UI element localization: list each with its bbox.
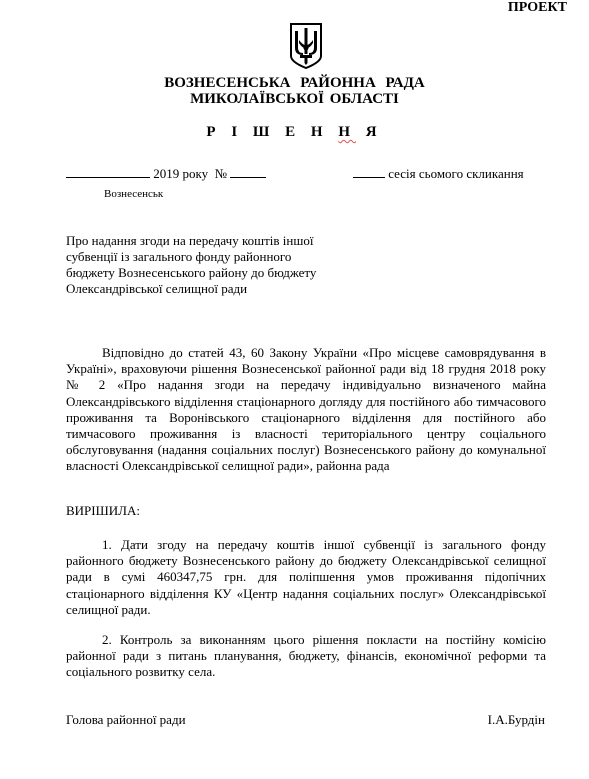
date-blank-field [66,165,150,178]
number-blank-field [230,165,266,178]
signatory-name: І.А.Бурдін [488,712,545,728]
decision-item-1: 1. Дати згоду на передачу коштів іншої с… [66,537,546,618]
signatory-position: Голова районної ради [66,712,186,728]
session-text: сесія сьомого скликання [385,166,524,181]
organization-name: ВОЗНЕСЕНСЬКА РАЙОННА РАДА [0,75,589,92]
resolved-label: ВИРІШИЛА: [66,503,546,519]
draft-status-label: ПРОЕКТ [508,0,567,16]
decision-subject: Про надання згоди на передачу коштів інш… [66,233,326,297]
session-blank-field [353,165,385,178]
decision-item-2: 2. Контроль за виконанням цього рішення … [66,632,546,681]
preamble-paragraph: Відповідно до статей 43, 60 Закону Украї… [66,345,546,475]
coat-of-arms-icon [289,22,323,70]
date-number-line: 2019 року № [66,165,266,182]
year-text: 2019 року № [150,166,230,181]
title-part: Я [356,124,383,140]
title-part: Р І Ш Е Н [206,124,338,140]
session-line: сесія сьомого скликання [353,165,524,182]
document-title: Р І Ш Е Н Н Я [0,124,589,141]
spellcheck-underlined-letter: Н [338,124,356,140]
organization-region: МИКОЛАЇВСЬКОЇ ОБЛАСТІ [0,91,589,108]
city-name: Вознесенськ [104,188,163,200]
